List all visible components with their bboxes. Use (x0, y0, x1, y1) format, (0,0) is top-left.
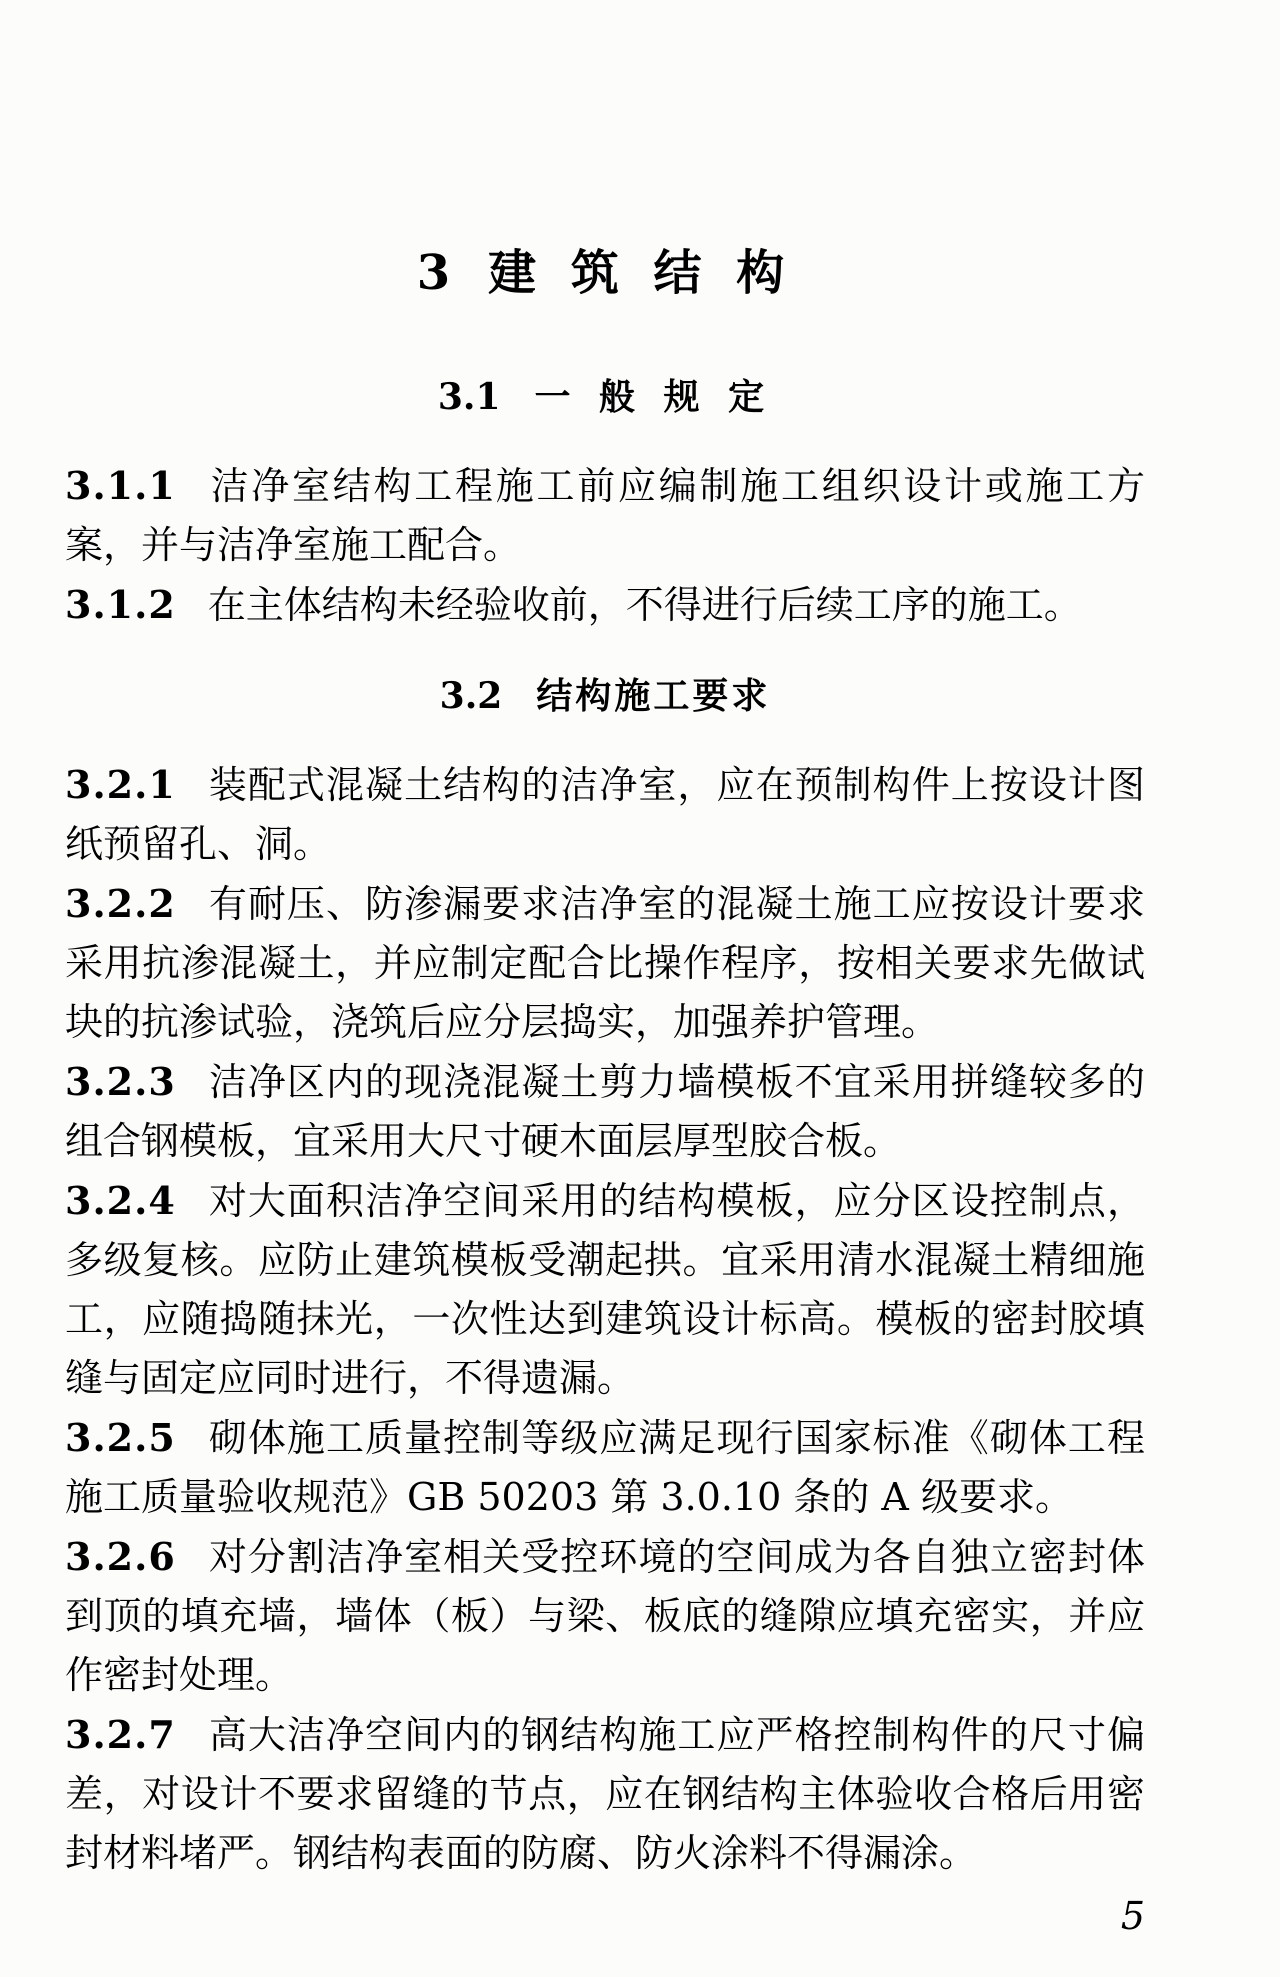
chapter-number: 3 (417, 245, 450, 301)
clause-text: 砌体施工质量控制等级应满足现行国家标准《砌体工程施工质量验收规范》GB 5020… (65, 1416, 1145, 1519)
clause-text: 高大洁净空间内的钢结构施工应严格控制构件的尺寸偏差，对设计不要求留缝的节点，应在… (65, 1713, 1145, 1875)
clause-3-1-2: 3.1.2在主体结构未经验收前，不得进行后续工序的施工。 (65, 575, 1145, 635)
clause-3-2-7: 3.2.7高大洁净空间内的钢结构施工应严格控制构件的尺寸偏差，对设计不要求留缝的… (65, 1705, 1145, 1883)
clause-3-2-6: 3.2.6对分割洁净室相关受控环境的空间成为各自独立密封体到顶的填充墙，墙体（板… (65, 1527, 1145, 1705)
clause-number: 3.2.6 (65, 1534, 176, 1579)
document-page: 3建 筑 结 构 3.1一 般 规 定 3.1.1洁净室结构工程施工前应编制施工… (65, 0, 1145, 1883)
clause-text: 有耐压、防渗漏要求洁净室的混凝土施工应按设计要求采用抗渗混凝土，并应制定配合比操… (65, 882, 1145, 1044)
clause-number: 3.2.2 (65, 881, 176, 926)
clause-3-2-3: 3.2.3洁净区内的现浇混凝土剪力墙模板不宜采用拼缝较多的组合钢模板，宜采用大尺… (65, 1052, 1145, 1171)
clause-number: 3.2.3 (65, 1059, 176, 1104)
page-number: 5 (65, 1894, 1145, 1938)
section-number: 3.1 (438, 376, 501, 418)
clause-number: 3.2.4 (65, 1178, 176, 1223)
clause-text: 对分割洁净室相关受控环境的空间成为各自独立密封体到顶的填充墙，墙体（板）与梁、板… (65, 1535, 1145, 1697)
section-number: 3.2 (440, 675, 503, 717)
clause-text: 洁净区内的现浇混凝土剪力墙模板不宜采用拼缝较多的组合钢模板，宜采用大尺寸硬木面层… (65, 1060, 1145, 1163)
section-heading-3-1: 3.1一 般 规 定 (65, 374, 1145, 420)
clause-number: 3.1.1 (65, 463, 176, 508)
clause-number: 3.2.1 (65, 762, 176, 807)
clause-3-2-4: 3.2.4对大面积洁净空间采用的结构模板，应分区设控制点，多级复核。应防止建筑模… (65, 1171, 1145, 1408)
chapter-title: 建 筑 结 构 (488, 245, 793, 301)
clause-text: 装配式混凝土结构的洁净室，应在预制构件上按设计图纸预留孔、洞。 (65, 763, 1145, 866)
section-3-2-clauses: 3.2.1装配式混凝土结构的洁净室，应在预制构件上按设计图纸预留孔、洞。 3.2… (65, 755, 1145, 1883)
chapter-heading: 3建 筑 结 构 (65, 0, 1145, 302)
section-3-1-clauses: 3.1.1洁净室结构工程施工前应编制施工组织设计或施工方案，并与洁净室施工配合。… (65, 456, 1145, 635)
clause-text: 在主体结构未经验收前，不得进行后续工序的施工。 (208, 583, 1082, 627)
clause-3-1-1: 3.1.1洁净室结构工程施工前应编制施工组织设计或施工方案，并与洁净室施工配合。 (65, 456, 1145, 575)
clause-number: 3.2.7 (65, 1712, 176, 1757)
clause-number: 3.1.2 (65, 582, 176, 627)
clause-number: 3.2.5 (65, 1415, 176, 1460)
clause-text: 洁净室结构工程施工前应编制施工组织设计或施工方案，并与洁净室施工配合。 (65, 464, 1145, 567)
clause-3-2-2: 3.2.2有耐压、防渗漏要求洁净室的混凝土施工应按设计要求采用抗渗混凝土，并应制… (65, 874, 1145, 1052)
clause-text: 对大面积洁净空间采用的结构模板，应分区设控制点，多级复核。应防止建筑模板受潮起拱… (65, 1179, 1145, 1400)
section-title: 结构施工要求 (536, 675, 770, 717)
section-heading-3-2: 3.2结构施工要求 (65, 673, 1145, 719)
section-title: 一 般 规 定 (535, 376, 773, 418)
clause-3-2-5: 3.2.5砌体施工质量控制等级应满足现行国家标准《砌体工程施工质量验收规范》GB… (65, 1408, 1145, 1527)
clause-3-2-1: 3.2.1装配式混凝土结构的洁净室，应在预制构件上按设计图纸预留孔、洞。 (65, 755, 1145, 874)
